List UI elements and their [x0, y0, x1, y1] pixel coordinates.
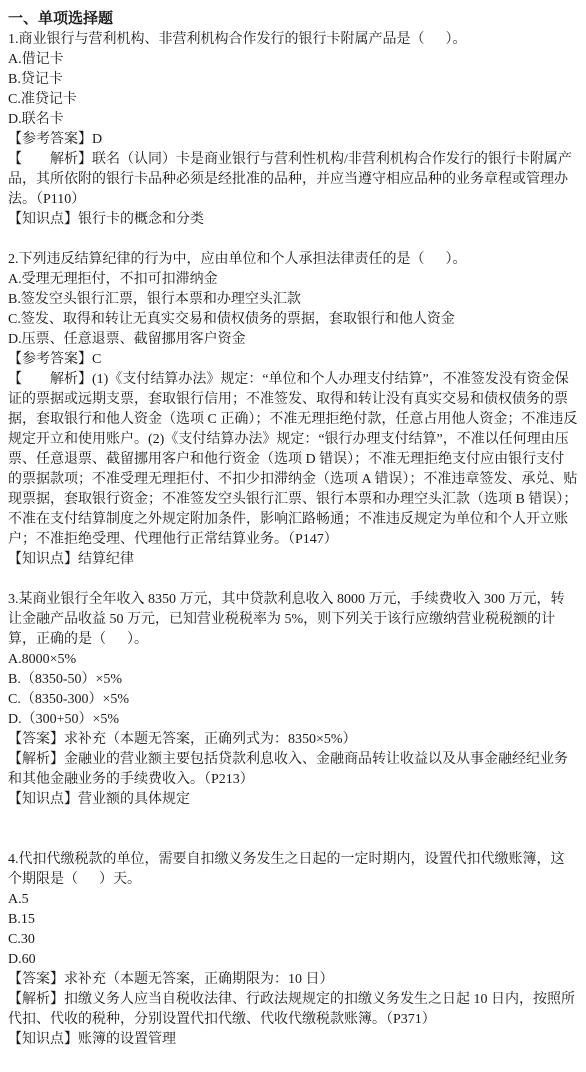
question-option-c: C.30 [8, 930, 578, 950]
knowledge-point-line: 【知识点】账簿的设置管理 [8, 1030, 578, 1050]
answer-line: 【答案】求补充（本题无答案，正确列式为：8350×5%） [8, 730, 578, 750]
question-option-b: B.15 [8, 910, 578, 930]
question-block-1: 1.商业银行与营利机构、非营利机构合作发行的银行卡附属产品是（ ）。 A.借记卡… [8, 30, 578, 230]
question-block-3: 3.某商业银行全年收入 8350 万元，其中贷款利息收入 8000 万元，手续费… [8, 590, 578, 810]
knowledge-point-line: 【知识点】结算纪律 [8, 550, 578, 570]
question-option-d: D.联名卡 [8, 110, 578, 130]
question-option-c: C.准贷记卡 [8, 90, 578, 110]
knowledge-point-line: 【知识点】银行卡的概念和分类 [8, 210, 578, 230]
question-option-a: A.5 [8, 890, 578, 910]
knowledge-point-line: 【知识点】营业额的具体规定 [8, 790, 578, 810]
question-option-b: B.（8350-50）×5% [8, 670, 578, 690]
question-stem: 4.代扣代缴税款的单位，需要自扣缴义务发生之日起的一定时期内，设置代扣代缴账簿，… [8, 850, 578, 890]
analysis-line: 【解析】扣缴义务人应当自税收法律、行政法规规定的扣缴义务发生之日起 10 日内，… [8, 990, 578, 1030]
question-option-d: D.压票、任意退票、截留挪用客户资金 [8, 330, 578, 350]
analysis-line: 【解析】金融业的营业额主要包括贷款利息收入、金融商品转让收益以及从事金融经纪业务… [8, 750, 578, 790]
question-option-b: B.贷记卡 [8, 70, 578, 90]
document-page: 一、单项选择题 1.商业银行与营利机构、非营利机构合作发行的银行卡附属产品是（ … [0, 0, 586, 1050]
answer-line: 【答案】求补充（本题无答案，正确期限为：10 日） [8, 970, 578, 990]
question-option-c: C.（8350-300）×5% [8, 690, 578, 710]
question-option-d: D.（300+50）×5% [8, 710, 578, 730]
question-option-a: A.借记卡 [8, 50, 578, 70]
question-stem: 1.商业银行与营利机构、非营利机构合作发行的银行卡附属产品是（ ）。 [8, 30, 578, 50]
analysis-line: 【 解析】(1)《支付结算办法》规定：“单位和个人办理支付结算”，不准签发没有资… [8, 370, 578, 550]
section-title: 一、单项选择题 [8, 9, 578, 30]
question-option-a: A.8000×5% [8, 650, 578, 670]
question-option-b: B.签发空头银行汇票，银行本票和办理空头汇款 [8, 290, 578, 310]
answer-line: 【参考答案】D [8, 130, 578, 150]
question-block-2: 2.下列违反结算纪律的行为中，应由单位和个人承担法律责任的是（ ）。 A.受理无… [8, 250, 578, 570]
question-option-d: D.60 [8, 950, 578, 970]
question-option-a: A.受理无理拒付，不扣可扣滞纳金 [8, 270, 578, 290]
question-option-c: C.签发、取得和转让无真实交易和债权债务的票据，套取银行和他人资金 [8, 310, 578, 330]
question-block-4: 4.代扣代缴税款的单位，需要自扣缴义务发生之日起的一定时期内，设置代扣代缴账簿，… [8, 850, 578, 1050]
question-stem: 2.下列违反结算纪律的行为中，应由单位和个人承担法律责任的是（ ）。 [8, 250, 578, 270]
analysis-line: 【 解析】联名（认同）卡是商业银行与营利性机构/非营利机构合作发行的银行卡附属产… [8, 150, 578, 210]
answer-line: 【参考答案】C [8, 350, 578, 370]
question-stem: 3.某商业银行全年收入 8350 万元，其中贷款利息收入 8000 万元，手续费… [8, 590, 578, 650]
